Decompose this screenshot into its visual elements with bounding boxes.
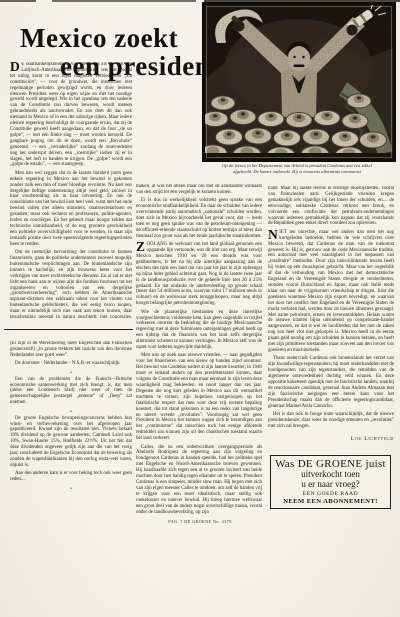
brief-item: Een van de problemen die de Fransch—Brit… xyxy=(10,377,132,407)
fresco-illustration xyxy=(203,3,395,161)
briefs-section: (Er zijn in de Wereldoorlog meer Engelsc… xyxy=(10,341,132,491)
subscription-ad: Was DE GROENE juist uitverkocht toen u e… xyxy=(270,455,391,509)
article-paragraph: Het is dan ook in hooge mate waarschijnl… xyxy=(268,412,394,430)
headline-line1: Mexico zoekt xyxy=(20,23,178,53)
drop-cap: D xyxy=(10,62,20,72)
article-column-1: DE onafhankelijkheidszin van Mexico is a… xyxy=(10,62,132,318)
brief-separator: • xyxy=(10,370,132,376)
ad-line5: NEEM EEN ABONNEMENT! xyxy=(271,498,390,505)
caption-line2: afgebeeld. De hamer ontbreekt. Hij is tr… xyxy=(233,169,361,174)
drop-cap: Z xyxy=(136,242,145,252)
article-paragraph: Om de roemrijke hervorming der constitut… xyxy=(10,250,132,318)
brief-item: (Er zijn in de Wereldoorlog meer Engelsc… xyxy=(10,341,132,359)
ad-line3: u er naar vroeg? xyxy=(271,480,390,490)
article-column-2: maken, al was het alleen maar om met de … xyxy=(136,184,262,514)
brief-item: Aan den anderen kant is er voor beklag t… xyxy=(10,471,132,483)
page-footer: PAG. 7 DE GROENE No. 3379 xyxy=(100,519,300,524)
article-paragraph: Men kan wel zeggen dat in de laatste hon… xyxy=(10,171,132,248)
brief-separator: • xyxy=(10,409,132,415)
brief-item: De doorsnee - Nederlander - N.S.B.-er wa… xyxy=(10,361,132,367)
ad-line4: EEN GOEDE RAAD xyxy=(271,491,390,498)
article-paragraph: NIET ten onrechte, maar wel anders dan m… xyxy=(268,230,394,354)
brief-separator: • xyxy=(10,486,132,491)
article-column-3: hand. Maar hij raakte tevens in ernstige… xyxy=(268,186,394,432)
article-paragraph: maken, al was het alleen maar om met de … xyxy=(136,184,262,196)
caption-line1: Op dit fresco in het Departement van Arb… xyxy=(222,163,372,168)
article-paragraph: ZOOLANG de welvaart van het land globaal… xyxy=(136,242,262,307)
article-paragraph: hand. Maar hij raakte tevens in ernstige… xyxy=(268,186,394,227)
article-paragraph: Wie de plaatselijke toestanden en deze i… xyxy=(136,310,262,351)
section-divider xyxy=(4,329,133,330)
article-paragraph: Calles, die na een onbetwistbare overgan… xyxy=(136,445,262,514)
article-paragraph: Er is dus in werkelijkheid volstrekt gee… xyxy=(136,198,262,239)
newspaper-page: Mexico zoekt een president xyxy=(0,0,400,617)
article-paragraph: Men was op zoek naar nieuwe vrienden, — … xyxy=(136,353,262,442)
fresco-photo xyxy=(202,2,396,162)
brief-item: De groote Engelsche bewapeningsconcerns … xyxy=(10,416,132,469)
article-paragraph: Thans ondervindt Cardenas ook binnenslan… xyxy=(268,356,394,409)
drop-cap: N xyxy=(268,230,278,240)
article-paragraph: DE onafhankelijkheidszin van Mexico is a… xyxy=(10,62,132,168)
author-signature: Lou Lichtveld xyxy=(268,436,394,442)
photo-caption: Op dit fresco in het Departement van Arb… xyxy=(198,163,396,175)
